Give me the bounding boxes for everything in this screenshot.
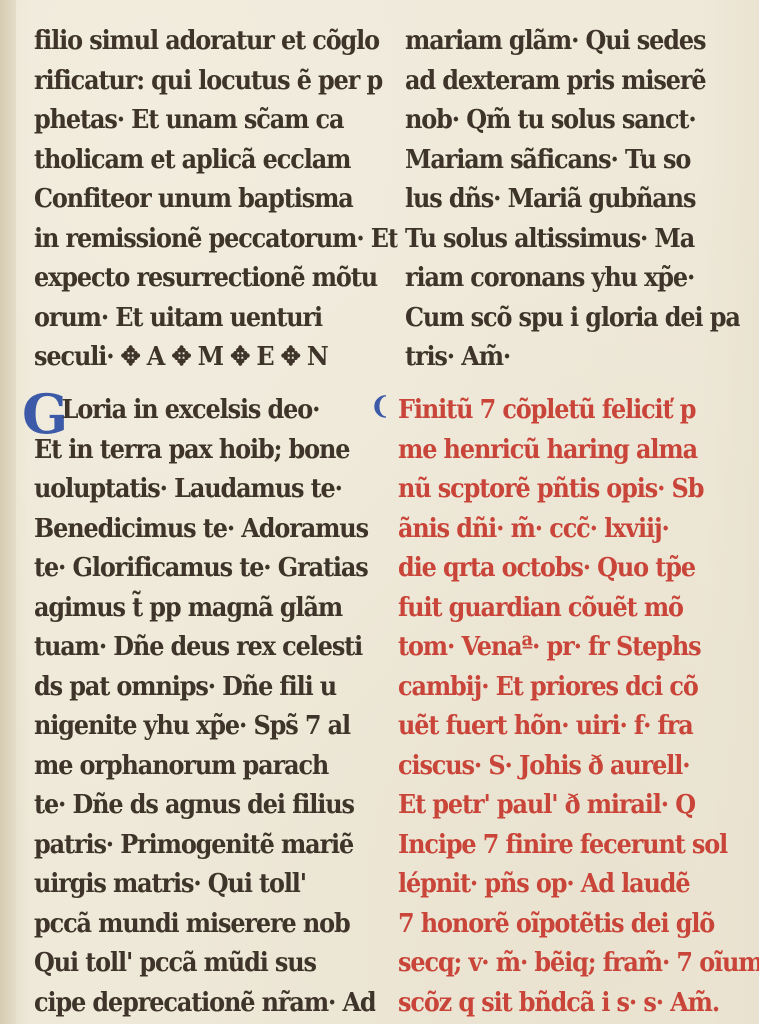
text-line: uẽt fuert hõn· uiri· f· fra [398, 707, 759, 747]
text-line: filio simul adoratur et cõglo [34, 22, 398, 62]
gloria-text: Loria in excelsis deo· Et in terra pax h… [34, 391, 405, 1023]
text-line: me henricũ haring alma [398, 431, 759, 471]
text-line: ad dexteram pris miserẽ [405, 62, 740, 102]
text-line: fuit guardian cõuẽt mõ [398, 589, 759, 629]
text-line: mariam glãm· Qui sedes [405, 22, 740, 62]
text-line: in remissionẽ peccatorum· Et [34, 220, 398, 260]
text-line: pccã mundi miserere nob [34, 905, 376, 945]
text-line: agimus t̃ pp magnã glãm [34, 589, 376, 629]
text-line: cambij· Et priores dci cõ [398, 668, 759, 708]
text-line: lus dñs· Mariã gubñans [405, 180, 740, 220]
text-line: nigenite yhu xp̃e· Sps̃ 7 al [34, 707, 376, 747]
text-line: patris· Primogenitẽ mariẽ [34, 826, 376, 866]
text-line: riam coronans yhu xp̃e· [405, 259, 740, 299]
binding-gutter [0, 0, 16, 1024]
text-line: scõz q sit bñdcã i s· s· Am̃. [398, 984, 759, 1024]
text-line: uirgis matris· Qui toll' [34, 865, 376, 905]
text-line: Benedicimus te· Adoramus [34, 510, 376, 550]
text-line: uoluptatis· Laudamus te· [34, 470, 376, 510]
text-line: me orphanorum parach [34, 747, 376, 787]
text-line: nũ scptorẽ pñtis opis· Sb [398, 470, 759, 510]
text-line: lépnit· pñs op· Ad laudẽ [398, 865, 759, 905]
colophon-text: Finitũ 7 cõpletũ feliciť p me henricũ ha… [398, 391, 759, 1023]
text-line: te· Dñe ds agnus dei filius [34, 786, 376, 826]
blue-initial-small: ❨ [370, 392, 390, 420]
text-line: tom· Venaª· pr· fr Stephs [398, 628, 759, 668]
text-line: Et in terra pax hoib; bone [34, 431, 376, 471]
text-line: Loria in excelsis deo· [34, 391, 376, 431]
text-line: Cum scõ spu i gloria dei pa [405, 299, 740, 339]
text-line: rificatur: qui locutus ẽ per p [34, 62, 398, 102]
text-line: nob· Qm̃ tu solus sanct· [405, 101, 740, 141]
text-line: tuam· Dñe deus rex celesti [34, 628, 376, 668]
text-line: Confiteor unum baptisma [34, 180, 398, 220]
text-line: Tu solus altissimus· Ma [405, 220, 740, 260]
text-line: Et petr' paul' ð mirail· Q [398, 786, 759, 826]
text-line: phetas· Et unam sc̃am ca [34, 101, 398, 141]
text-line: expecto resurrectionẽ mõtu [34, 259, 398, 299]
text-line: die qrta octobs· Quo tp̃e [398, 549, 759, 589]
text-line: Mariam sãficans· Tu so [405, 141, 740, 181]
text-line: te· Glorificamus te· Gratias [34, 549, 376, 589]
text-line: Qui toll' pccã mũdi sus [34, 944, 376, 984]
text-line: Incipe 7 finire fecerunt sol [398, 826, 759, 866]
text-line: secq; v· m̃· bẽiq; fram̃· 7 oĩum [398, 944, 759, 984]
text-line: ds pat omnips· Dñe fili u [34, 668, 376, 708]
text-line: 7 honorẽ oĩpotẽtis dei glõ [398, 905, 759, 945]
text-line: cipe deprecationẽ nr̃am· Ad [34, 984, 376, 1024]
text-line: tris· Am̃· [405, 338, 740, 378]
text-line: orum· Et uitam uenturi [34, 299, 398, 339]
left-column-top-text: filio simul adoratur et cõglo rificatur:… [34, 22, 429, 378]
manuscript-page: filio simul adoratur et cõglo rificatur:… [0, 0, 759, 1024]
text-line: ciscus· S· Johis ð aurell· [398, 747, 759, 787]
text-line: ãnis dñi· m̃· ccc̃· lxviij· [398, 510, 759, 550]
amen-line: seculi· ✥ A ✥ M ✥ E ✥ N [34, 338, 398, 378]
text-line: tholicam et aplicã ecclam [34, 141, 398, 181]
right-column-top-text: mariam glãm· Qui sedes ad dexteram pris … [405, 22, 759, 378]
text-line: Finitũ 7 cõpletũ feliciť p [398, 391, 759, 431]
